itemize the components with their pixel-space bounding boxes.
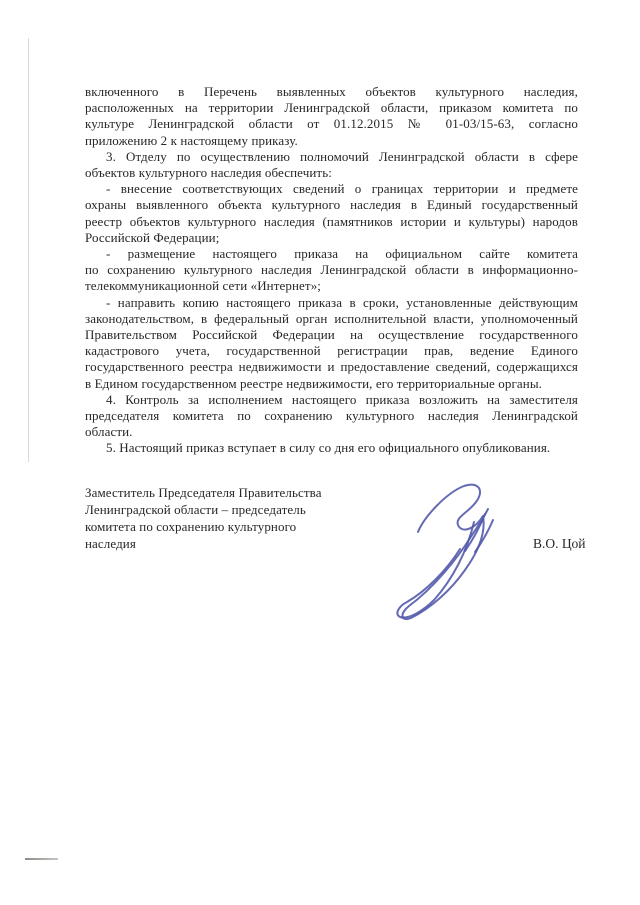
text-line: председателя комитета по сохранению куль… bbox=[85, 408, 578, 424]
signatory-title-line: Заместитель Председателя Правительства bbox=[85, 484, 355, 501]
signatory-title-line: комитета по сохранению культурного bbox=[85, 518, 355, 535]
signatory-title-line: Ленинградской области – председатель bbox=[85, 501, 355, 518]
signatory-name: В.О. Цой bbox=[533, 536, 585, 552]
document-body: включенного в Перечень выявленных объект… bbox=[85, 84, 578, 457]
text-line: Правительством Российской Федерации на о… bbox=[85, 327, 578, 343]
document-page: включенного в Перечень выявленных объект… bbox=[0, 0, 640, 905]
signatory-title-line: наследия bbox=[85, 535, 355, 552]
text-line: законодательством, в федеральный орган и… bbox=[85, 311, 578, 327]
text-line: по сохранению культурного наследия Ленин… bbox=[85, 262, 578, 278]
text-line: реестр объектов культурного наследия (па… bbox=[85, 214, 578, 230]
scan-artifact-bottom-line bbox=[25, 858, 58, 860]
text-line: 5. Настоящий приказ вступает в силу со д… bbox=[85, 440, 578, 456]
scan-artifact-vertical-line bbox=[28, 38, 29, 462]
text-line: области. bbox=[85, 424, 578, 440]
paragraph: 3. Отделу по осуществлению полномочий Ле… bbox=[85, 149, 578, 181]
paragraph: - размещение настоящего приказа на офици… bbox=[85, 246, 578, 295]
signature-stroke-second bbox=[397, 522, 474, 618]
text-line: приложению 2 к настоящему приказу. bbox=[85, 133, 578, 149]
paragraph: 5. Настоящий приказ вступает в силу со д… bbox=[85, 440, 578, 456]
paragraph: - направить копию настоящего приказа в с… bbox=[85, 295, 578, 392]
text-line: Российской Федерации; bbox=[85, 230, 578, 246]
text-line: кадастрового учета, государственной реги… bbox=[85, 343, 578, 359]
text-line: государственного реестра недвижимости и … bbox=[85, 359, 578, 375]
text-line: - внесение соответствующих сведений о гр… bbox=[85, 181, 578, 197]
signature-ink bbox=[388, 477, 506, 625]
text-line: телекоммуникационной сети «Интернет»; bbox=[85, 278, 578, 294]
text-line: - размещение настоящего приказа на офици… bbox=[85, 246, 578, 262]
paragraph: - внесение соответствующих сведений о гр… bbox=[85, 181, 578, 246]
text-line: расположенных на территории Ленинградско… bbox=[85, 100, 578, 116]
text-line: - направить копию настоящего приказа в с… bbox=[85, 295, 578, 311]
text-line: культуре Ленинградской области от 01.12.… bbox=[85, 116, 578, 132]
text-line: 4. Контроль за исполнением настоящего пр… bbox=[85, 392, 578, 408]
text-line: включенного в Перечень выявленных объект… bbox=[85, 84, 578, 100]
paragraph: включенного в Перечень выявленных объект… bbox=[85, 84, 578, 149]
text-line: охраны выявленного объекта культурного н… bbox=[85, 197, 578, 213]
text-line: 3. Отделу по осуществлению полномочий Ле… bbox=[85, 149, 578, 165]
paragraph: 4. Контроль за исполнением настоящего пр… bbox=[85, 392, 578, 441]
text-line: объектов культурного наследия обеспечить… bbox=[85, 165, 578, 181]
text-line: в Едином государственном реестре недвижи… bbox=[85, 376, 578, 392]
signatory-title: Заместитель Председателя ПравительстваЛе… bbox=[85, 484, 355, 552]
